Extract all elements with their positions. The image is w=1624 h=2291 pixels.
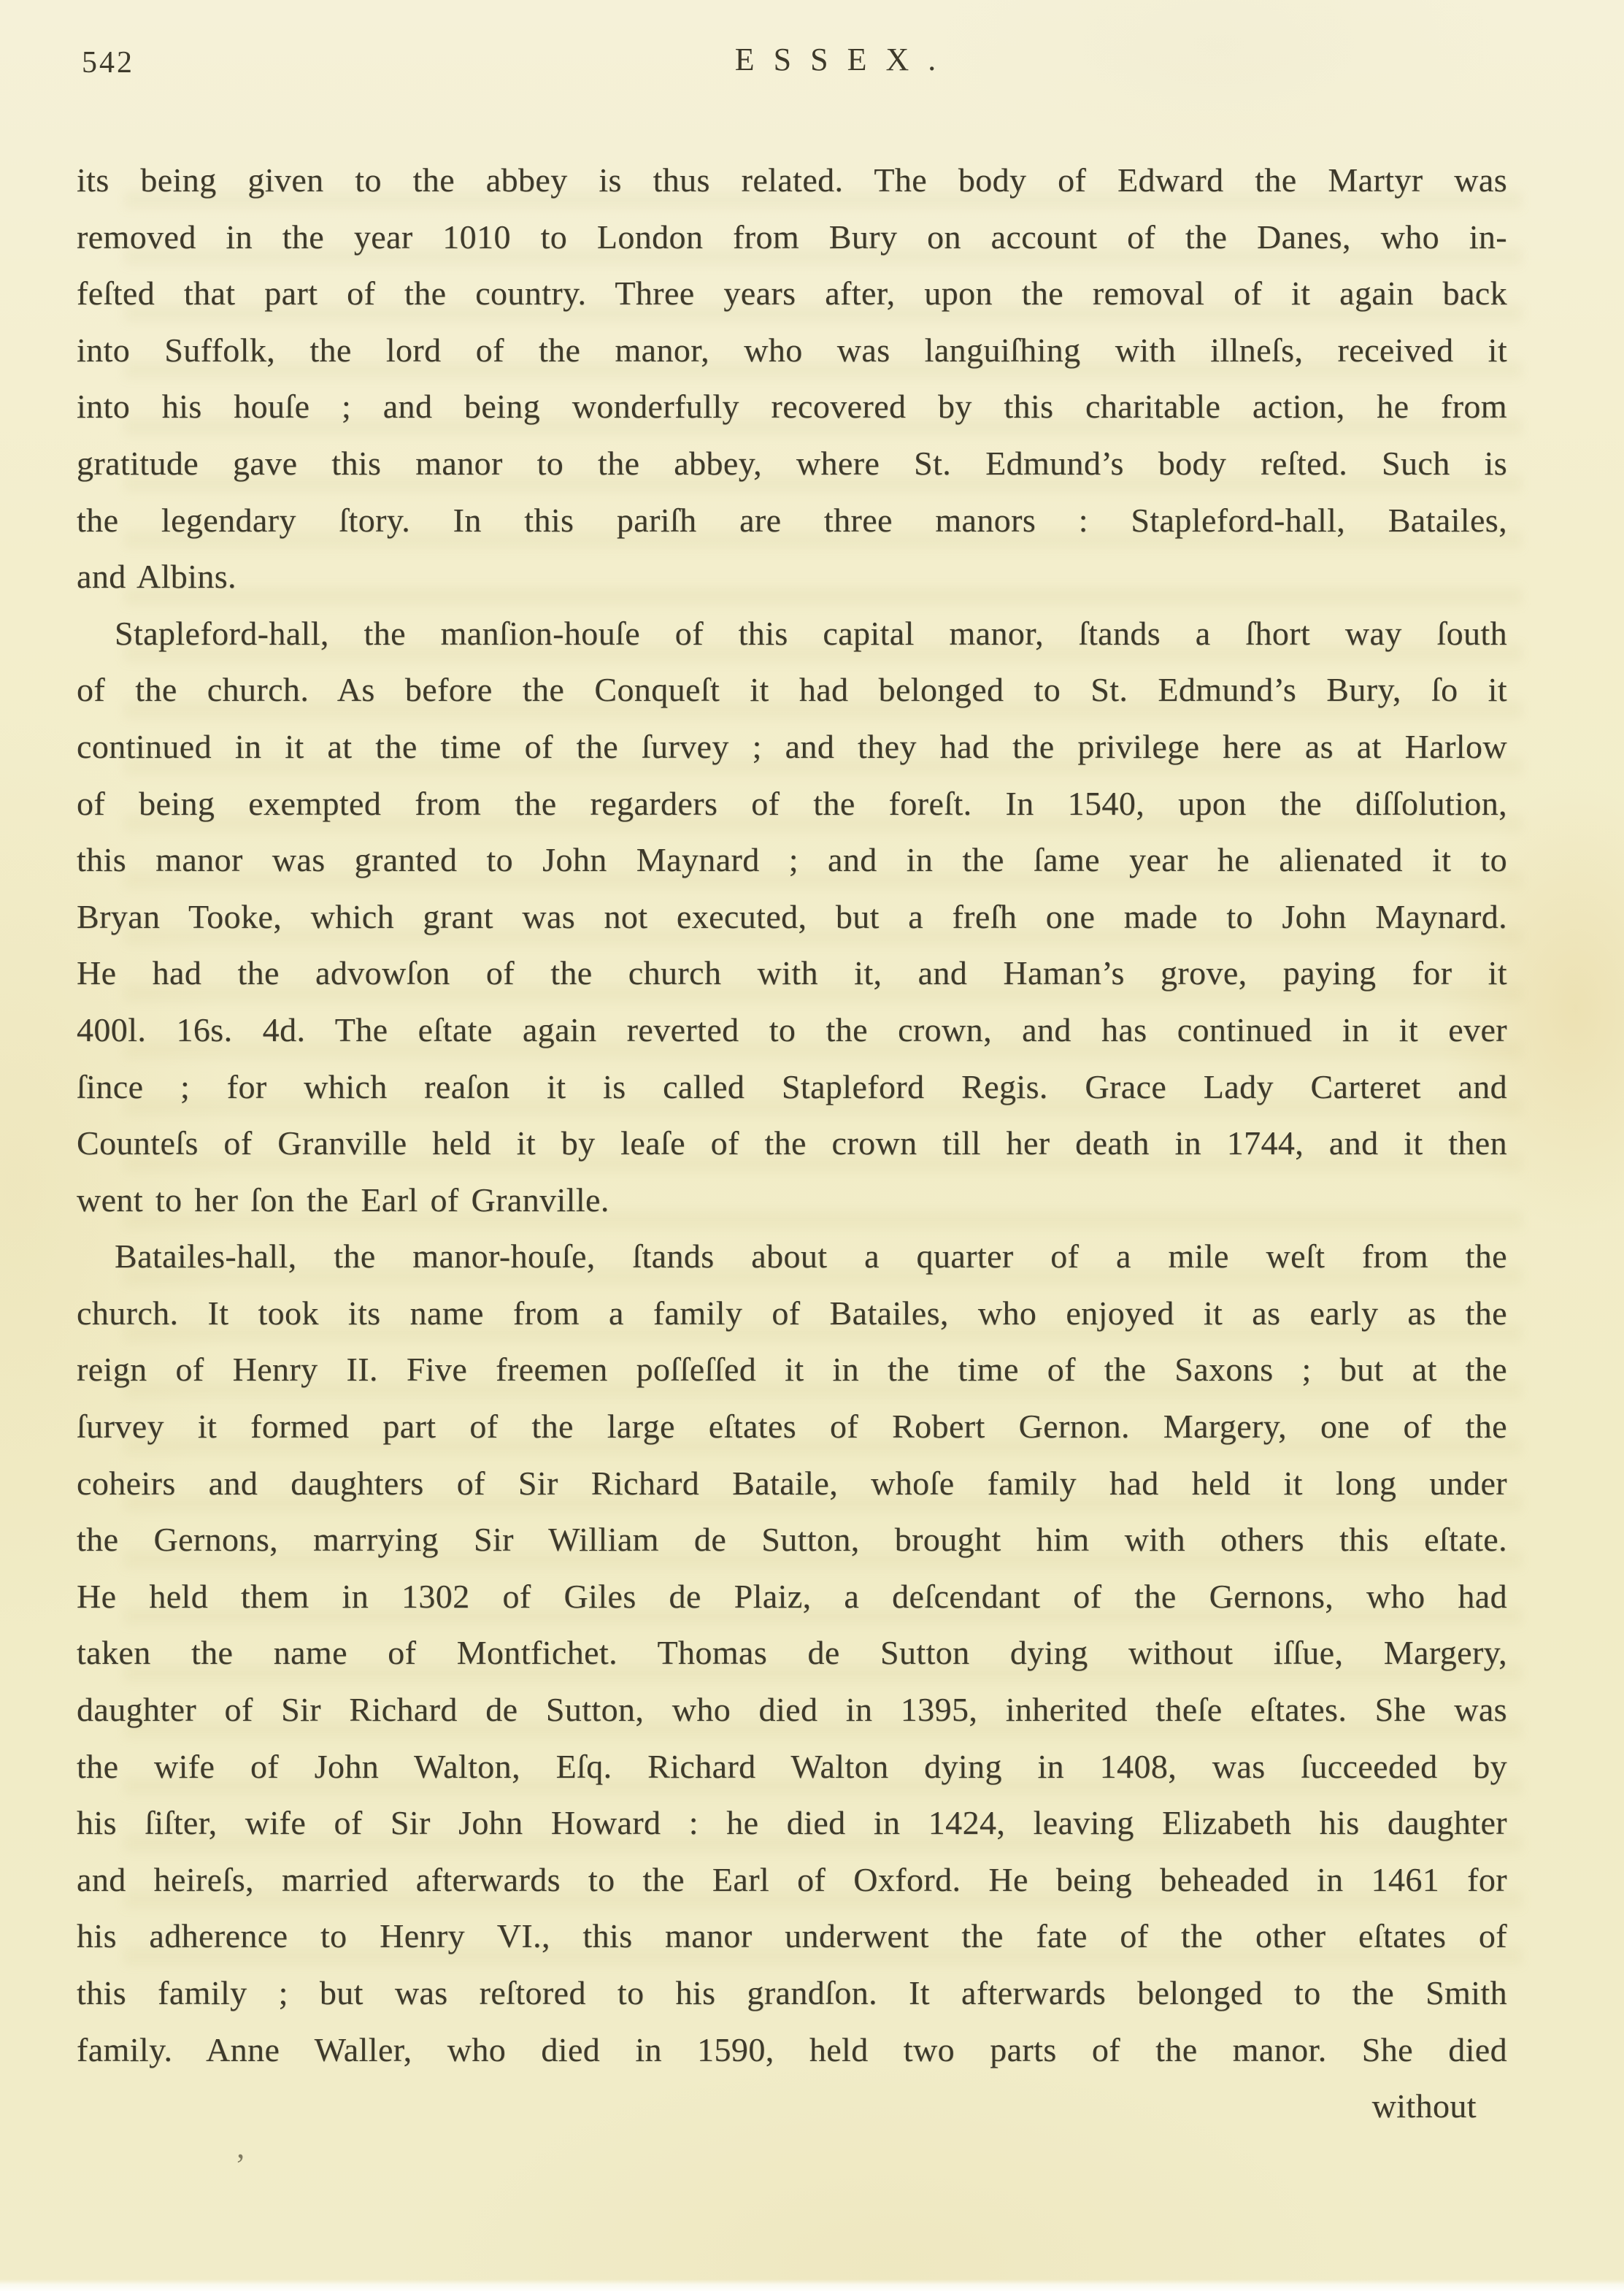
text-line: his adherence to Henry VI., this manor u… [77, 1908, 1507, 1965]
text-line: taken the name of Montfichet. Thomas de … [77, 1624, 1507, 1681]
text-line: ſurvey it formed part of the large eſtat… [77, 1398, 1507, 1455]
text-line: its being given to the abbey is thus rel… [77, 152, 1507, 209]
text-line: gratitude gave this manor to the abbey, … [77, 435, 1507, 492]
scan-edge [0, 2279, 1624, 2291]
text-line: Stapleford-hall, the manſion-houſe of th… [77, 605, 1507, 662]
text-line: this family ; but was reſtored to his gr… [77, 1965, 1507, 2022]
text-line: church. It took its name from a family o… [77, 1285, 1507, 1342]
text-line: family. Anne Waller, who died in 1590, h… [77, 2022, 1507, 2079]
paragraph: its being given to the abbey is thus rel… [77, 152, 1507, 605]
paragraph: Stapleford-hall, the manſion-houſe of th… [77, 605, 1507, 1229]
catchword: without [77, 2078, 1507, 2135]
paragraph: Batailes-hall, the manor-houſe, ſtands a… [77, 1228, 1507, 2078]
text-line: 400l. 16s. 4d. The eſtate again reverted… [77, 1002, 1507, 1059]
text-line: coheirs and daughters of Sir Richard Bat… [77, 1455, 1507, 1512]
text-line: went to her ſon the Earl of Granville. [77, 1172, 1507, 1229]
text-line: reign of Henry II. Five freemen poſſeſſe… [77, 1341, 1507, 1398]
running-head: 542 ESSEX. [0, 38, 1624, 82]
text-line: of the church. As before the Conqueſt it… [77, 661, 1507, 718]
text-line: continued in it at the time of the ſurve… [77, 718, 1507, 775]
text-line: into Suffolk, the lord of the manor, who… [77, 322, 1507, 379]
text-line: into his houſe ; and being wonderfully r… [77, 378, 1507, 435]
text-line: the legendary ſtory. In this pariſh are … [77, 492, 1507, 549]
stray-ink-mark: ’ [235, 2146, 246, 2184]
text-block: its being given to the abbey is thus rel… [77, 152, 1507, 2135]
text-line: this manor was granted to John Maynard ;… [77, 832, 1507, 889]
text-line: and Albins. [77, 548, 1507, 605]
running-title: ESSEX. [0, 41, 1624, 78]
text-line: and heireſs, married afterwards to the E… [77, 1851, 1507, 1908]
text-line: his ſiſter, wife of Sir John Howard : he… [77, 1795, 1507, 1851]
text-line: daughter of Sir Richard de Sutton, who d… [77, 1681, 1507, 1738]
book-page: 542 ESSEX. its being given to the abbey … [0, 0, 1624, 2291]
text-line: ſince ; for which reaſon it is called St… [77, 1059, 1507, 1116]
text-line: removed in the year 1010 to London from … [77, 209, 1507, 266]
text-line: He had the advowſon of the church with i… [77, 945, 1507, 1002]
text-line: Bryan Tooke, which grant was not execute… [77, 889, 1507, 945]
text-line: Counteſs of Granville held it by leaſe o… [77, 1115, 1507, 1172]
text-line: Batailes-hall, the manor-houſe, ſtands a… [77, 1228, 1507, 1285]
text-line: of being exempted from the regarders of … [77, 775, 1507, 832]
text-line: the Gernons, marrying Sir William de Sut… [77, 1511, 1507, 1568]
text-line: feſted that part of the country. Three y… [77, 265, 1507, 322]
text-line: He held them in 1302 of Giles de Plaiz, … [77, 1568, 1507, 1625]
text-line: the wife of John Walton, Eſq. Richard Wa… [77, 1738, 1507, 1795]
